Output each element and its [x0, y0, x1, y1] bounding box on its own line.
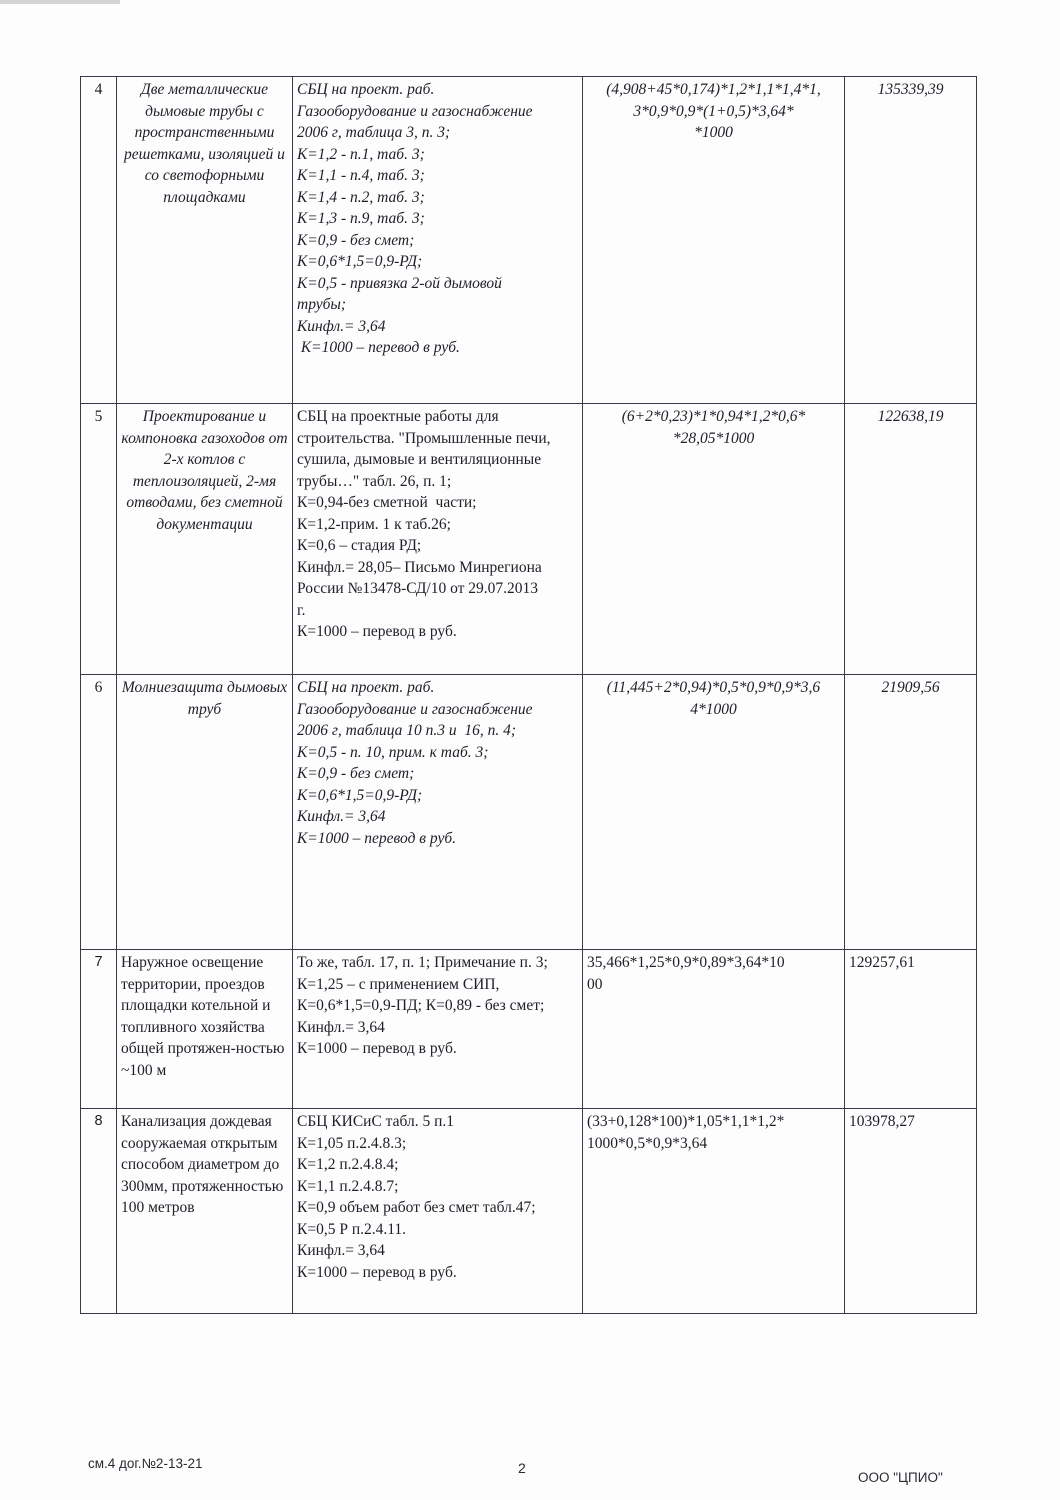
text-line: Кинфл.= 28,05– Письмо Минрегиона: [297, 557, 578, 579]
text-line: К=0,94-без сметной части;: [297, 492, 578, 514]
text-line: СБЦ на проект. раб.: [297, 677, 578, 699]
text-line: К=0,9 объем работ без смет табл.47;: [297, 1197, 578, 1219]
document-page: 4 Две металлические дымовые трубы с прос…: [0, 0, 1060, 1500]
table-row: 4 Две металлические дымовые трубы с прос…: [81, 77, 977, 404]
cost-estimate-table: 4 Две металлические дымовые трубы с прос…: [80, 76, 977, 1314]
text-line: К=1,1 - п.4, таб. 3;: [297, 165, 578, 187]
text-line: К=0,6 – стадия РД;: [297, 535, 578, 557]
cost-amount: 129257,61: [845, 950, 977, 1109]
work-name: Проектирование и компоновка газоходов от…: [117, 404, 293, 675]
text-line: К=1,4 - п.2, таб. 3;: [297, 187, 578, 209]
text-line: (11,445+2*0,94)*0,5*0,9*0,9*3,6: [587, 677, 840, 699]
text-line: (33+0,128*100)*1,05*1,1*1,2*: [587, 1111, 840, 1133]
text-line: К=1,2 - п.1, таб. 3;: [297, 144, 578, 166]
text-line: К=1000 – перевод в руб.: [297, 1262, 578, 1284]
pricing-basis: СБЦ КИСиС табл. 5 п.1К=1,05 п.2.4.8.3;К=…: [293, 1109, 583, 1314]
text-line: СБЦ КИСиС табл. 5 п.1: [297, 1111, 578, 1133]
text-line: К=0,9 - без смет;: [297, 763, 578, 785]
work-name: Две металлические дымовые трубы с простр…: [117, 77, 293, 404]
text-line: Газооборудование и газоснабжение: [297, 101, 578, 123]
text-line: К=1000 – перевод в руб.: [297, 1038, 578, 1060]
table-row: 5 Проектирование и компоновка газоходов …: [81, 404, 977, 675]
work-name: Молниезащита дымовых труб: [117, 675, 293, 950]
text-line: г.: [297, 600, 578, 622]
text-line: К=0,5 Р п.2.4.11.: [297, 1219, 578, 1241]
text-line: России №13478-СД/10 от 29.07.2013: [297, 578, 578, 600]
text-line: К=1000 – перевод в руб.: [297, 337, 578, 359]
text-line: К=1,2 п.2.4.8.4;: [297, 1154, 578, 1176]
text-line: 2006 г, таблица 3, п. 3;: [297, 122, 578, 144]
text-line: 4*1000: [587, 699, 840, 721]
contract-reference: см.4 дог.№2-13-21: [88, 1456, 202, 1471]
text-line: К=1,2-прим. 1 к таб.26;: [297, 514, 578, 536]
text-line: К=1000 – перевод в руб.: [297, 828, 578, 850]
text-line: К=1,05 п.2.4.8.3;: [297, 1133, 578, 1155]
text-line: (4,908+45*0,174)*1,2*1,1*1,4*1,: [587, 79, 840, 101]
text-line: То же, табл. 17, п. 1; Примечание п. 3;: [297, 952, 578, 974]
text-line: 1000*0,5*0,9*3,64: [587, 1133, 840, 1155]
text-line: К=1,1 п.2.4.8.7;: [297, 1176, 578, 1198]
text-line: трубы;: [297, 294, 578, 316]
text-line: К=1,3 - п.9, таб. 3;: [297, 208, 578, 230]
calculation-formula: (33+0,128*100)*1,05*1,1*1,2*1000*0,5*0,9…: [583, 1109, 845, 1314]
text-line: Кинфл.= 3,64: [297, 806, 578, 828]
cost-amount: 122638,19: [845, 404, 977, 675]
text-line: трубы…" табл. 26, п. 1;: [297, 471, 578, 493]
text-line: СБЦ на проект. раб.: [297, 79, 578, 101]
text-line: Кинфл.= 3,64: [297, 1017, 578, 1039]
text-line: строительства. "Промышленные печи,: [297, 428, 578, 450]
table-row: 7 Наружное освещение территории, проездо…: [81, 950, 977, 1109]
work-name: Канализация дождевая сооружаемая открыты…: [117, 1109, 293, 1314]
cost-amount: 21909,56: [845, 675, 977, 950]
table-row: 6 Молниезащита дымовых труб СБЦ на проек…: [81, 675, 977, 950]
text-line: Кинфл.= 3,64: [297, 1240, 578, 1262]
text-line: К=0,6*1,5=0,9-ПД; К=0,89 - без смет;: [297, 995, 578, 1017]
row-number: 5: [81, 404, 117, 675]
calculation-formula: (6+2*0,23)*1*0,94*1,2*0,6**28,05*1000: [583, 404, 845, 675]
text-line: К=0,5 - п. 10, прим. к таб. 3;: [297, 742, 578, 764]
text-line: К=0,6*1,5=0,9-РД;: [297, 251, 578, 273]
text-line: 2006 г, таблица 10 п.3 и 16, п. 4;: [297, 720, 578, 742]
page-number: 2: [518, 1460, 526, 1476]
text-line: К=0,9 - без смет;: [297, 230, 578, 252]
text-line: СБЦ на проектные работы для: [297, 406, 578, 428]
text-line: Кинфл.= 3,64: [297, 316, 578, 338]
pricing-basis: СБЦ на проект. раб.Газооборудование и га…: [293, 77, 583, 404]
text-line: К=1000 – перевод в руб.: [297, 621, 578, 643]
text-line: *28,05*1000: [587, 428, 840, 450]
text-line: (6+2*0,23)*1*0,94*1,2*0,6*: [587, 406, 840, 428]
pricing-basis: СБЦ на проект. раб.Газооборудование и га…: [293, 675, 583, 950]
row-number: 4: [81, 77, 117, 404]
calculation-formula: (11,445+2*0,94)*0,5*0,9*0,9*3,64*1000: [583, 675, 845, 950]
text-line: сушила, дымовые и вентиляционные: [297, 449, 578, 471]
text-line: Газооборудование и газоснабжение: [297, 699, 578, 721]
row-number: 6: [81, 675, 117, 950]
text-line: *1000: [587, 122, 840, 144]
scan-artifact: [0, 0, 120, 4]
calculation-formula: 35,466*1,25*0,9*0,89*3,64*1000: [583, 950, 845, 1109]
calculation-formula: (4,908+45*0,174)*1,2*1,1*1,4*1,3*0,9*0,9…: [583, 77, 845, 404]
cost-amount: 103978,27: [845, 1109, 977, 1314]
text-line: К=0,6*1,5=0,9-РД;: [297, 785, 578, 807]
cost-amount: 135339,39: [845, 77, 977, 404]
text-line: К=0,5 - привязка 2-ой дымовой: [297, 273, 578, 295]
text-line: 3*0,9*0,9*(1+0,5)*3,64*: [587, 101, 840, 123]
work-name: Наружное освещение территории, проездов …: [117, 950, 293, 1109]
table-row: 8 Канализация дождевая сооружаемая откры…: [81, 1109, 977, 1314]
row-number: 7: [81, 950, 117, 1109]
text-line: К=1,25 – с применением СИП,: [297, 974, 578, 996]
text-line: 35,466*1,25*0,9*0,89*3,64*10: [587, 952, 840, 974]
pricing-basis: СБЦ на проектные работы длястроительства…: [293, 404, 583, 675]
row-number: 8: [81, 1109, 117, 1314]
company-name: ООО "ЦПИО": [858, 1470, 943, 1485]
text-line: 00: [587, 974, 840, 996]
pricing-basis: То же, табл. 17, п. 1; Примечание п. 3;К…: [293, 950, 583, 1109]
